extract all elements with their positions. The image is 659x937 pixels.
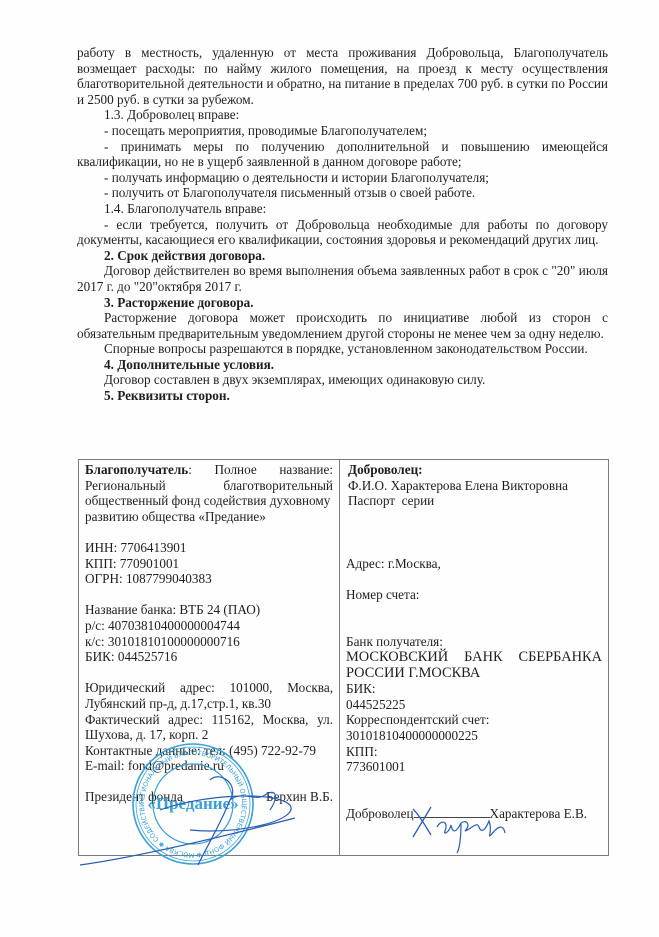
beneficiary-legal-address: Лубянский пр-д, д.17,стр.1, кв.30 xyxy=(85,696,333,712)
volunteer-bik: 044525225 xyxy=(346,697,602,713)
volunteer-passport: Паспорт серии xyxy=(346,493,602,509)
beneficiary-ogrn: ОГРН: 1087799040383 xyxy=(85,571,333,587)
section-2-text: Договор действителен во время выполнения… xyxy=(77,263,608,294)
list-item: - принимать меры по получению дополнител… xyxy=(77,139,608,170)
volunteer-bank-label: Банк получателя: xyxy=(346,634,602,650)
beneficiary-name-line: общественный фонд содействия духовному xyxy=(85,493,333,509)
volunteer-kpp: 773601001 xyxy=(346,759,602,775)
beneficiary-email: E-mail: fond@predanie.ru xyxy=(85,758,333,774)
beneficiary-legal-address: Юридический адрес: 101000, Москва, xyxy=(85,680,333,696)
volunteer-bank-name: МОСКОВСКИЙ БАНК СБЕРБАНКА xyxy=(346,649,602,665)
volunteer-signer-name: Характерова Е.В. xyxy=(490,806,588,821)
beneficiary-header: Благополучатель: Полное название: xyxy=(85,462,333,478)
list-item: - если требуется, получить от Добровольц… xyxy=(77,217,608,248)
beneficiary-cell: Благополучатель: Полное название: Регион… xyxy=(79,460,340,856)
volunteer-cell: Доброволец: Ф.И.О. Характерова Елена Вик… xyxy=(340,460,609,856)
volunteer-kpp-label: КПП: xyxy=(346,744,602,760)
beneficiary-label: Благополучатель xyxy=(85,462,188,477)
beneficiary-bank-name: Название банка: ВТБ 24 (ПАО) xyxy=(85,602,333,618)
requisites-table: Благополучатель: Полное название: Регион… xyxy=(78,459,609,856)
list-item: - получить от Благополучателя письменный… xyxy=(77,185,608,201)
section-1-4-heading: 1.4. Благополучатель вправе: xyxy=(77,201,608,217)
volunteer-address: Адрес: г.Москва, xyxy=(346,556,602,572)
list-item: - посещать мероприятия, проводимые Благо… xyxy=(77,123,608,139)
section-1-3-heading: 1.3. Доброволец вправе: xyxy=(77,107,608,123)
beneficiary-contacts: Контактные данные: тел: (495) 722-92-79 xyxy=(85,743,333,759)
volunteer-bik-label: БИК: xyxy=(346,681,602,697)
beneficiary-bik: БИК: 044525716 xyxy=(85,649,333,665)
volunteer-corr-label: Корреспондентский счет: xyxy=(346,712,602,728)
section-5-heading: 5. Реквизиты сторон. xyxy=(77,388,608,404)
beneficiary-name-line: развитию общества «Предание» xyxy=(85,509,333,525)
beneficiary-signature-line: Президент фонда Берхин В.Б. xyxy=(85,789,333,805)
contract-body: работу в местность, удаленную от места п… xyxy=(77,45,608,404)
section-4-heading: 4. Дополнительные условия. xyxy=(77,357,608,373)
volunteer-label: Доброволец: xyxy=(346,462,602,478)
volunteer-corr: 30101810400000000225 xyxy=(346,728,602,744)
beneficiary-signer-name: Берхин В.Б. xyxy=(266,789,333,805)
beneficiary-ks: к/с: 30101810100000000716 xyxy=(85,634,333,650)
beneficiary-inn: ИНН: 7706413901 xyxy=(85,540,333,556)
section-3-heading: 3. Расторжение договора. xyxy=(77,295,608,311)
beneficiary-actual-address: Фактический адрес: 115162, Москва, ул. xyxy=(85,712,333,728)
beneficiary-actual-address: Шухова, д. 17, корп. 2 xyxy=(85,727,333,743)
section-4-text: Договор составлен в двух экземплярах, им… xyxy=(77,372,608,388)
beneficiary-name-label: : Полное название: xyxy=(188,462,333,477)
volunteer-signature-line: ДоброволецХарактерова Е.В. xyxy=(346,806,602,822)
beneficiary-kpp: КПП: 770901001 xyxy=(85,556,333,572)
beneficiary-signer-title: Президент фонда xyxy=(85,789,183,805)
beneficiary-rs: р/с: 40703810400000004744 xyxy=(85,618,333,634)
document-page: работу в местность, удаленную от места п… xyxy=(0,0,659,937)
signature-underline xyxy=(414,806,490,818)
volunteer-fio: Ф.И.О. Характерова Елена Викторовна xyxy=(346,478,602,494)
section-2-heading: 2. Срок действия договора. xyxy=(77,248,608,264)
volunteer-account: Номер счета: xyxy=(346,587,602,603)
volunteer-bank-name: РОССИИ Г.МОСКВА xyxy=(346,665,602,681)
section-3-text-2: Спорные вопросы разрешаются в порядке, у… xyxy=(77,341,608,357)
intro-paragraph: работу в местность, удаленную от места п… xyxy=(77,45,608,107)
beneficiary-name-line: Региональный благотворительный xyxy=(85,478,333,494)
section-3-text: Расторжение договора может происходить п… xyxy=(77,310,608,341)
volunteer-signer-title: Доброволец xyxy=(346,806,414,821)
list-item: - получать информацию о деятельности и и… xyxy=(77,170,608,186)
